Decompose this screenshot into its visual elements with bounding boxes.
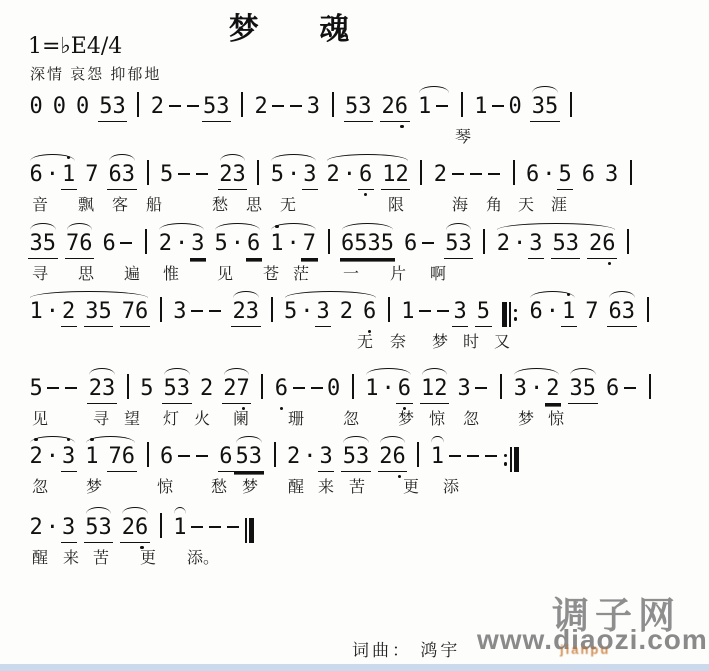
octave-dot-below xyxy=(400,125,403,128)
duration-dash xyxy=(436,105,448,107)
notation-line: 2·317666532·353261 xyxy=(28,442,529,475)
note-number: 6 xyxy=(362,298,378,326)
barline xyxy=(160,513,162,538)
note-number: 1 xyxy=(172,514,188,542)
slur-group: 5·6 xyxy=(213,230,262,259)
note-number: 6 xyxy=(528,298,544,326)
dot-of-dotted-note: · xyxy=(44,443,60,471)
beat-group: 7 xyxy=(584,298,600,326)
lyric-char: 见 xyxy=(217,261,233,284)
note-number: 7 xyxy=(301,230,317,259)
note-number: 53 xyxy=(341,443,371,472)
duration-dash xyxy=(178,455,190,457)
slur-group: 53 xyxy=(444,230,474,259)
barline xyxy=(332,92,334,117)
beat-group xyxy=(124,374,132,403)
lyric-char: 惊 xyxy=(429,406,445,429)
lyric-char: 又 xyxy=(494,329,510,352)
expression-marking: 深情 哀怨 抑郁地 xyxy=(30,63,161,84)
octave-dot-above xyxy=(90,438,93,441)
note-number: 63 xyxy=(607,298,637,327)
note-number: 76 xyxy=(65,230,95,259)
beat-group: 0 xyxy=(28,93,44,121)
slur-group: 63 xyxy=(107,161,137,190)
octave-dot-below xyxy=(364,193,367,196)
note-number: 2 xyxy=(432,161,448,189)
dot xyxy=(504,454,508,458)
notation-line: 6·17635235·32·61226·563 xyxy=(28,160,642,190)
dot-of-dotted-note: · xyxy=(380,375,396,403)
system-1: 0005325323532611035琴 xyxy=(0,92,709,162)
note-number: 53 xyxy=(551,230,581,259)
lyric-char: 愁 xyxy=(212,192,228,215)
lyric-char: 梦 xyxy=(432,329,448,352)
note-number: 3 xyxy=(61,514,77,543)
octave-dot-above xyxy=(275,225,278,228)
repeat-dots xyxy=(514,302,518,327)
note-number: 2 xyxy=(28,443,44,471)
duration-dash xyxy=(191,526,203,528)
note-number: 1 xyxy=(269,230,285,258)
lyric-char: 思 xyxy=(78,261,94,284)
note-number: 6 xyxy=(580,161,596,189)
slur-group: 5·3 xyxy=(269,161,318,190)
note-number: 5 xyxy=(269,161,285,189)
lyric-char: 梦 xyxy=(242,474,258,497)
lyric-char: 飘 xyxy=(78,192,94,215)
lyric-char: 来 xyxy=(63,545,79,568)
duration-dash xyxy=(475,387,487,389)
barline xyxy=(160,297,162,322)
lyric-char: 奈 xyxy=(390,329,406,352)
duration-dash xyxy=(191,310,203,312)
note-number: 0 xyxy=(51,93,67,121)
slur-group: 1·6 xyxy=(364,375,413,404)
barline xyxy=(570,92,572,117)
dot-of-dotted-note: · xyxy=(544,298,560,326)
octave-dot-above xyxy=(67,438,70,441)
beat-group xyxy=(499,298,522,330)
note-number: 3 xyxy=(512,375,528,403)
note-number: 1 xyxy=(429,443,445,471)
note-number: 12 xyxy=(420,375,450,404)
slur-group: 12 xyxy=(420,375,450,404)
beat-group: 0 xyxy=(51,93,67,121)
duration-dash xyxy=(422,242,434,244)
beat-group: 2 xyxy=(199,375,215,403)
lyric-char: 苍 xyxy=(263,261,279,284)
beat-group: 53 xyxy=(84,514,114,543)
beat-group: 3 xyxy=(172,298,224,326)
note-number: 0 xyxy=(326,375,342,403)
thin-bar xyxy=(510,447,512,472)
beat-group: 6 xyxy=(159,443,211,471)
lyric-char: 火 xyxy=(194,406,210,429)
beat-group xyxy=(567,92,575,121)
dot-of-dotted-note: · xyxy=(541,161,557,189)
beat-group xyxy=(254,160,262,189)
note-number: 6 xyxy=(28,161,44,189)
beat-group: 6·563 xyxy=(525,161,620,190)
notation-line: 523553227601·61233·2356 xyxy=(28,374,661,404)
note-number: 7 xyxy=(84,161,100,189)
beat-group: 6 xyxy=(101,230,135,258)
note-number: 35 xyxy=(84,298,114,327)
beat-group xyxy=(268,297,276,326)
duration-dash xyxy=(272,105,284,107)
thin-bar xyxy=(245,518,247,543)
note-number: 1 xyxy=(417,93,433,121)
final-barline xyxy=(244,518,255,546)
note-number: 3 xyxy=(318,443,334,472)
lyric-char: 无 xyxy=(280,192,296,215)
duration-dash xyxy=(624,387,636,389)
note-number: 12 xyxy=(381,161,411,190)
beat-group xyxy=(417,160,425,189)
slur-group: 23 xyxy=(218,161,248,190)
note-number: 3 xyxy=(172,298,188,326)
dot-of-dotted-note: · xyxy=(229,230,245,258)
system-7: 2·353261醒来苦更添。 xyxy=(0,513,709,583)
lyric-char: 灯 xyxy=(163,406,179,429)
note-number: 1 xyxy=(364,375,380,403)
slur-group: 2·612 xyxy=(325,161,410,190)
dot-of-dotted-note: · xyxy=(44,514,60,542)
beat-group xyxy=(271,442,279,471)
note-number: 6 xyxy=(101,230,117,258)
lyric-char: 阑 xyxy=(233,406,249,429)
repeat-begin-barline xyxy=(501,302,520,330)
beat-group xyxy=(144,442,152,471)
barline xyxy=(461,92,463,117)
barline xyxy=(137,92,139,117)
dot xyxy=(514,309,518,313)
beat-group: 653 xyxy=(218,443,264,472)
note-number: 76 xyxy=(120,298,150,327)
note-number: 6 xyxy=(358,161,374,190)
notation-line: 1·235763235·3261356·1763 xyxy=(28,297,659,330)
note-number: 53 xyxy=(444,230,474,259)
slur-group: 35 xyxy=(568,375,598,404)
lyric-char: 苦 xyxy=(93,545,109,568)
note-number: 2 xyxy=(149,93,165,121)
beat-group: 7 xyxy=(84,161,100,189)
slur-group: 176 xyxy=(84,443,137,472)
beat-group xyxy=(458,92,466,121)
note-number: 76 xyxy=(107,443,137,472)
beat-group: 26 xyxy=(120,514,150,543)
beat-group: 253 xyxy=(149,93,231,122)
beat-group: 5 xyxy=(159,161,211,189)
lyric-char: 琴 xyxy=(455,124,471,147)
key-time-signature: 1=♭E4/4 xyxy=(28,34,122,59)
note-number: 1 xyxy=(400,298,416,326)
notation-line: 0005325323532611035 xyxy=(28,92,582,122)
note-number: 26 xyxy=(120,514,150,543)
note-number: 3 xyxy=(302,161,318,190)
duration-dash xyxy=(488,173,500,175)
barline xyxy=(420,160,422,185)
lyric-char: 茫 xyxy=(293,261,309,284)
system-4: 1·235763235·3261356·1763无奈梦时又 xyxy=(0,297,709,367)
barline xyxy=(483,229,485,254)
note-number: 2 xyxy=(157,230,173,258)
beat-group xyxy=(157,297,165,326)
lyric-char: 海 xyxy=(452,192,468,215)
lyric-char: 添。 xyxy=(187,545,219,568)
beat-group xyxy=(258,374,266,403)
lyric-char: 梦 xyxy=(518,406,534,429)
note-number: 5 xyxy=(28,375,44,403)
barline xyxy=(388,297,390,322)
beat-group xyxy=(238,92,246,121)
barline xyxy=(630,160,632,185)
note-number: 2 xyxy=(199,375,215,403)
slur-group: 3·2 xyxy=(512,375,561,404)
beat-group: 135 xyxy=(400,298,492,327)
note-number: 3 xyxy=(315,298,331,327)
note-number: 3 xyxy=(604,161,620,189)
note-number: 6535 xyxy=(340,230,396,259)
note-number: 26 xyxy=(378,443,408,472)
lyric-char: 珊 xyxy=(288,406,304,429)
lyric-char: 愁 xyxy=(211,474,227,497)
beat-group xyxy=(329,92,337,121)
lyric-char: 惊 xyxy=(157,474,173,497)
slur-group: 53 xyxy=(162,375,192,404)
lyric-char: 来 xyxy=(318,474,334,497)
dot-of-dotted-note: · xyxy=(285,230,301,258)
note-number: 5 xyxy=(213,230,229,258)
beat-group: 23 xyxy=(253,93,322,121)
barline xyxy=(271,297,273,322)
note-number: 6 xyxy=(246,230,262,259)
barline xyxy=(649,374,651,399)
octave-dot-below xyxy=(398,475,401,478)
duration-dash xyxy=(178,173,190,175)
note-number: 2 xyxy=(325,161,341,189)
slur-group: 1 xyxy=(417,93,451,121)
dot-of-dotted-note: · xyxy=(341,161,357,189)
barline xyxy=(328,229,330,254)
lyric-char: 更 xyxy=(140,545,156,568)
slur-group: 63 xyxy=(607,298,637,327)
duration-dash xyxy=(293,387,305,389)
note-number: 3 xyxy=(305,93,321,121)
barline xyxy=(145,229,147,254)
duration-dash xyxy=(452,173,464,175)
beat-group xyxy=(644,297,652,326)
lyric-char: 啊 xyxy=(430,261,446,284)
beat-group: 5 xyxy=(139,375,155,403)
beat-group: 2·3 xyxy=(286,443,335,472)
lyric-char: 船 xyxy=(146,192,162,215)
beat-group xyxy=(646,374,654,403)
octave-dot-below xyxy=(280,407,283,410)
note-number: 5 xyxy=(159,161,175,189)
thin-bar xyxy=(509,302,511,327)
lyric-char: 客 xyxy=(112,192,128,215)
barline xyxy=(241,92,243,117)
duration-dash xyxy=(485,455,497,457)
note-number: 26 xyxy=(380,93,410,122)
repeat-dots xyxy=(504,447,508,472)
note-number: 3 xyxy=(528,230,544,259)
duration-dash xyxy=(196,455,208,457)
lyric-char: 天 xyxy=(518,192,534,215)
lyric-char: 角 xyxy=(486,192,502,215)
barline xyxy=(352,374,354,399)
note-number: 0 xyxy=(507,93,523,121)
slur-group: 53 xyxy=(341,443,371,472)
beat-group: 53 xyxy=(344,93,374,122)
note-number: 6 xyxy=(396,375,412,404)
notation-line: 357662·35·61·765356532·35326 xyxy=(28,229,639,259)
beat-group: 60 xyxy=(273,375,342,403)
slur-group: 6·1 xyxy=(528,298,577,327)
note-number: 3 xyxy=(456,375,472,403)
thick-bar xyxy=(249,518,254,543)
lyric-char: 寻 xyxy=(93,406,109,429)
beat-group xyxy=(624,229,632,258)
note-number: 5 xyxy=(475,298,491,327)
slur-group: 6·1 xyxy=(28,161,77,190)
repeat-end-barline xyxy=(502,447,521,475)
note-number: 2 xyxy=(286,443,302,471)
duration-dash xyxy=(470,173,482,175)
duration-dash xyxy=(227,526,239,528)
note-number: 3 xyxy=(190,230,206,259)
slur-group: 6535 xyxy=(340,230,396,259)
slur-group: 27 xyxy=(222,375,252,404)
beat-group xyxy=(510,160,518,189)
beat-group: 26 xyxy=(380,93,410,122)
beat-group: 5 xyxy=(28,375,80,403)
note-number: 5 xyxy=(557,161,573,190)
duration-dash xyxy=(196,173,208,175)
note-number: 23 xyxy=(231,298,261,327)
duration-dash xyxy=(311,387,323,389)
slur-group: 1·23576 xyxy=(28,298,150,327)
note-number: 1 xyxy=(84,443,100,471)
duration-dash xyxy=(437,310,449,312)
note-number: 53 xyxy=(202,93,232,122)
note-number: 53 xyxy=(98,93,128,122)
thick-bar xyxy=(502,302,507,327)
slur-group: 1·7 xyxy=(269,230,318,259)
beat-group xyxy=(627,160,635,189)
lyric-char: 忽 xyxy=(343,406,359,429)
note-number: 3 xyxy=(61,443,77,472)
system-2: 6·17635235·32·61226·563音飘客船愁思无限海角天涯 xyxy=(0,160,709,230)
octave-dot-above xyxy=(67,156,70,159)
dot-of-dotted-note: · xyxy=(302,443,318,471)
barline xyxy=(127,374,129,399)
note-number: 53 xyxy=(234,443,264,472)
beat-group: 0 xyxy=(75,93,91,121)
dot xyxy=(504,462,508,466)
lyric-char: 添 xyxy=(443,474,459,497)
lyric-char: 醒 xyxy=(288,474,304,497)
note-number: 35 xyxy=(530,93,560,122)
lyric-char: 惟 xyxy=(163,261,179,284)
slur-group: 2·3 xyxy=(157,230,206,259)
dot xyxy=(514,317,518,321)
octave-dot-above xyxy=(34,438,37,441)
duration-dash xyxy=(209,310,221,312)
beat-group xyxy=(134,92,142,121)
dot-of-dotted-note: · xyxy=(174,230,190,258)
sheet-music-page: 梦 魂 1=♭E4/4 深情 哀怨 抑郁地 000532532353261103… xyxy=(0,0,709,671)
barline xyxy=(417,442,419,467)
system-6: 2·317666532·353261忽梦惊愁梦醒来苦更添 xyxy=(0,442,709,512)
note-number: 2 xyxy=(545,375,561,404)
note-number: 53 xyxy=(344,93,374,122)
note-number: 1 xyxy=(28,298,44,326)
beat-group xyxy=(385,297,393,326)
lyric-char: 更 xyxy=(403,474,419,497)
note-number: 2 xyxy=(495,230,511,258)
slur-group: 26 xyxy=(378,443,408,472)
note-number: 27 xyxy=(222,375,252,404)
lyric-char: 寻 xyxy=(32,261,48,284)
duration-dash xyxy=(65,387,77,389)
slur-group: 35 xyxy=(530,93,560,122)
lyric-char: 惊 xyxy=(548,406,564,429)
barline xyxy=(500,374,502,399)
note-number: 26 xyxy=(587,230,617,259)
dot-of-dotted-note: · xyxy=(299,298,315,326)
dot-of-dotted-note: · xyxy=(44,161,60,189)
duration-dash xyxy=(449,455,461,457)
barline xyxy=(627,229,629,254)
note-number: 2 xyxy=(61,298,77,327)
note-number: 2 xyxy=(338,298,354,326)
lyric-char: 思 xyxy=(246,192,262,215)
barline xyxy=(274,442,276,467)
beat-group: 6 xyxy=(605,375,639,403)
dot-of-dotted-note: · xyxy=(511,230,527,258)
lyric-char: 时 xyxy=(463,329,479,352)
beat-group: 2·3 xyxy=(28,514,77,543)
barline xyxy=(257,160,259,185)
note-number: 0 xyxy=(28,93,44,121)
lyric-char: 涯 xyxy=(551,192,567,215)
lyric-char: 片 xyxy=(390,261,406,284)
duration-dash xyxy=(169,105,181,107)
note-number: 63 xyxy=(107,161,137,190)
duration-dash xyxy=(290,105,302,107)
lyric-char: 苦 xyxy=(349,474,365,497)
duration-dash xyxy=(492,105,504,107)
note-number: 6 xyxy=(605,375,621,403)
duration-dash xyxy=(467,455,479,457)
note-number: 7 xyxy=(584,298,600,326)
duration-dash xyxy=(47,387,59,389)
lyric-char: 忽 xyxy=(463,406,479,429)
octave-dot-above xyxy=(567,293,570,296)
lyric-char: 见 xyxy=(32,406,48,429)
beat-group xyxy=(414,442,422,471)
note-number: 2 xyxy=(253,93,269,121)
note-number: 1 xyxy=(473,93,489,121)
beat-group xyxy=(349,374,357,403)
duration-dash xyxy=(187,105,199,107)
slur-group: 23 xyxy=(87,375,117,404)
duration-dash xyxy=(209,526,221,528)
barline xyxy=(261,374,263,399)
beat-group xyxy=(325,229,333,258)
